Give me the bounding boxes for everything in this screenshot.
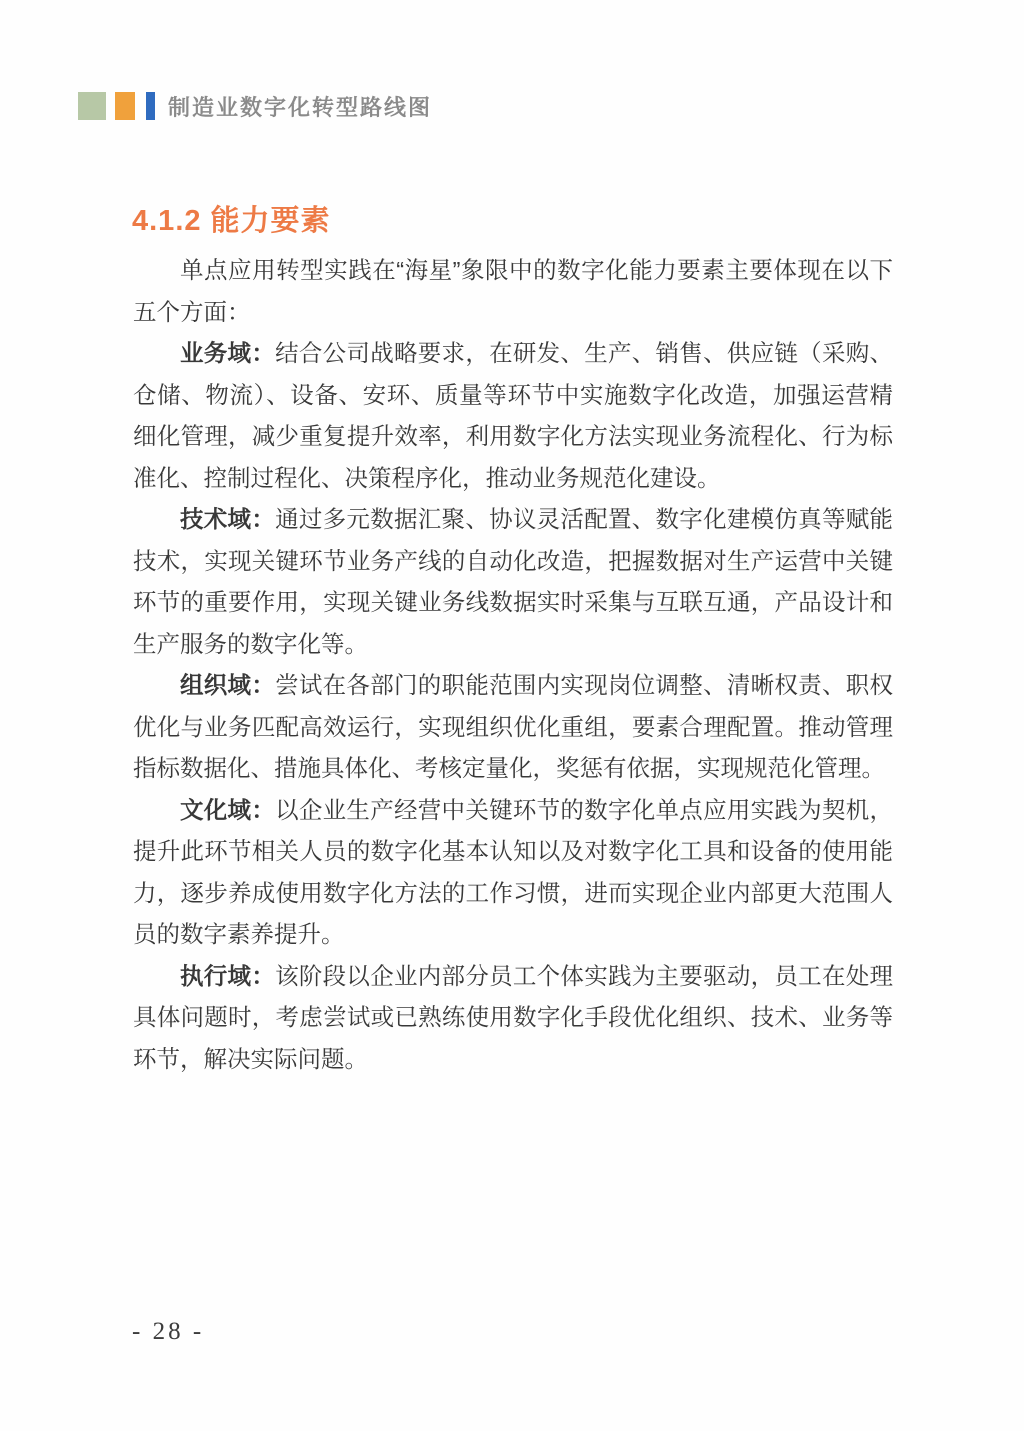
- paragraph-business-domain: 业务域：结合公司战略要求，在研发、生产、销售、供应链（采购、仓储、物流）、设备、…: [133, 333, 893, 499]
- paragraph-lead: 执行域：: [180, 963, 275, 989]
- paragraph-culture-domain: 文化域：以企业生产经营中关键环节的数字化单点应用实践为契机，提升此环节相关人员的…: [133, 790, 893, 956]
- paragraph-lead: 组织域：: [180, 672, 275, 698]
- orange-square-decor: [115, 92, 135, 120]
- document-page: 制造业数字化转型路线图 4.1.2 能力要素 单点应用转型实践在“海星”象限中的…: [0, 0, 1024, 1431]
- green-square-decor: [78, 92, 106, 120]
- document-title: 制造业数字化转型路线图: [168, 91, 432, 122]
- paragraph-technology-domain: 技术域：通过多元数据汇聚、协议灵活配置、数字化建模仿真等赋能技术，实现关键环节业…: [133, 499, 893, 665]
- page-number: - 28 -: [132, 1318, 204, 1346]
- paragraph-lead: 业务域：: [180, 340, 275, 366]
- paragraph-execution-domain: 执行域：该阶段以企业内部分员工个体实践为主要驱动，员工在处理具体问题时，考虑尝试…: [133, 956, 893, 1081]
- section-heading: 4.1.2 能力要素: [132, 198, 331, 239]
- paragraph-organization-domain: 组织域：尝试在各部门的职能范围内实现岗位调整、清晰权责、职权优化与业务匹配高效运…: [133, 665, 893, 790]
- paragraph-lead: 技术域：: [180, 506, 275, 532]
- paragraph-lead: 文化域：: [180, 797, 275, 823]
- paragraph-text: 单点应用转型实践在“海星”象限中的数字化能力要素主要体现在以下五个方面：: [133, 257, 893, 325]
- body-content: 单点应用转型实践在“海星”象限中的数字化能力要素主要体现在以下五个方面： 业务域…: [133, 250, 893, 1080]
- page-header: 制造业数字化转型路线图: [78, 91, 432, 121]
- blue-bar-decor: [146, 92, 155, 120]
- paragraph-intro: 单点应用转型实践在“海星”象限中的数字化能力要素主要体现在以下五个方面：: [133, 250, 893, 333]
